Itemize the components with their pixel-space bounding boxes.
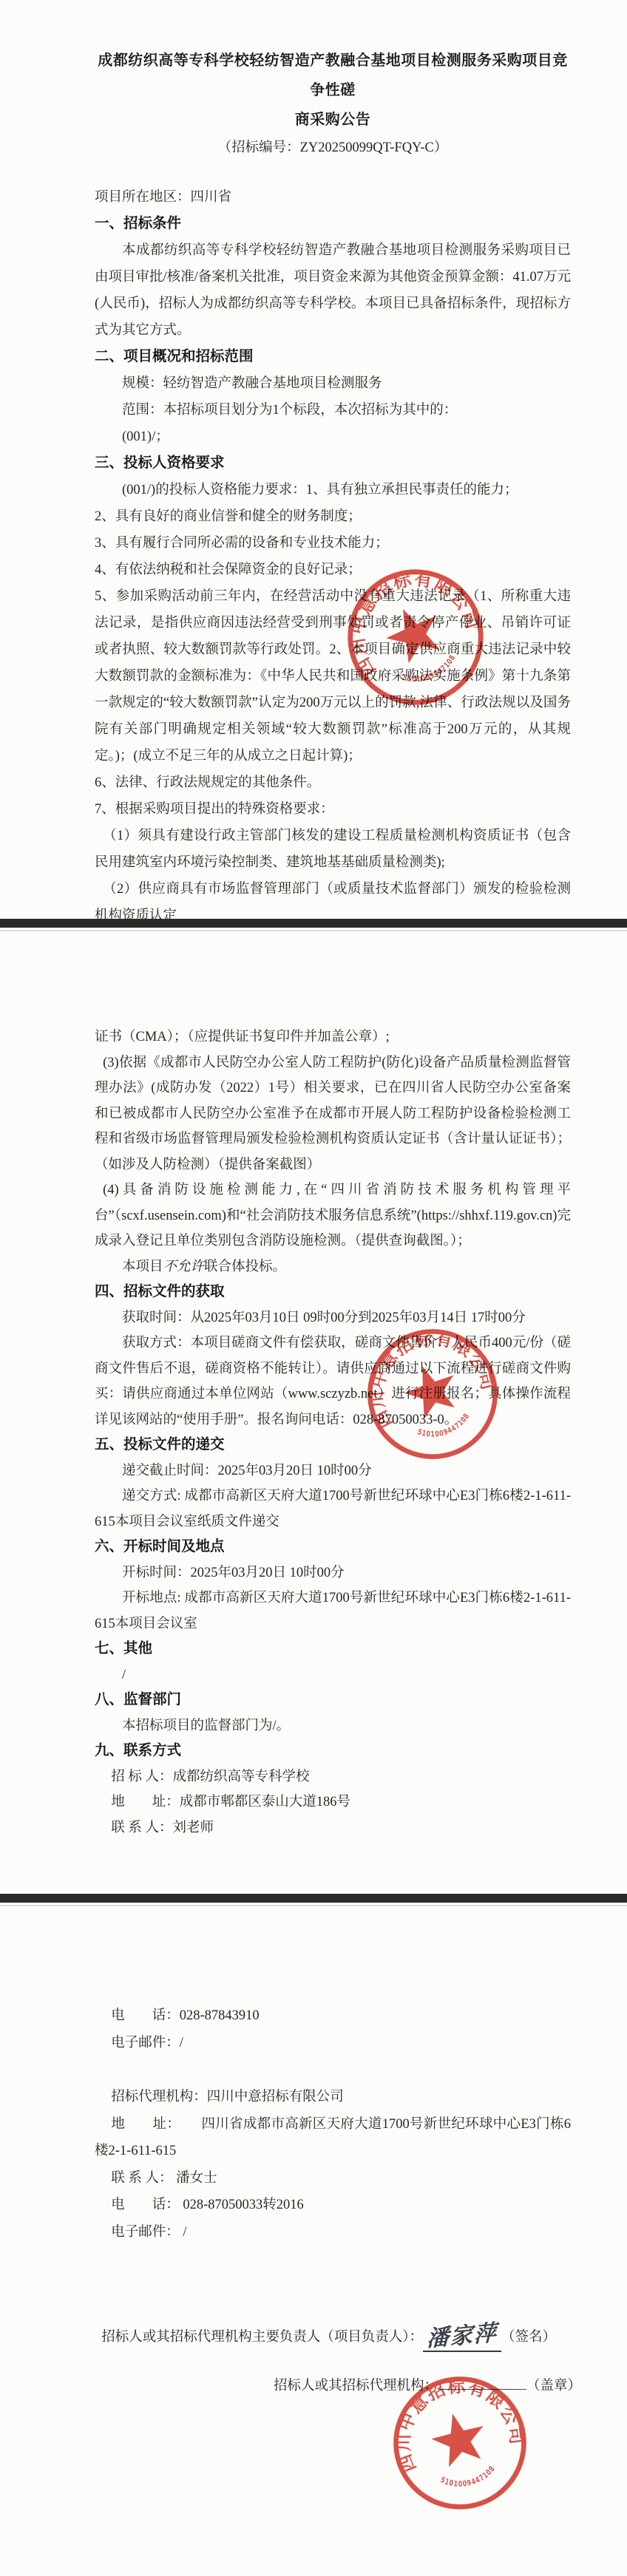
body-paragraph: 招标代理机构：四川中意招标有限公司 <box>95 2084 571 2111</box>
stamp-underline <box>438 2389 526 2390</box>
body-paragraph: 开标时间：2025年03月20日 10时00分 <box>95 1560 571 1586</box>
body-paragraph: (4)具备消防设施检测能力,在“四川省消防技术服务机构管理平台”（scxf.us… <box>95 1177 571 1254</box>
signature-underline: 潘家萍 <box>423 2325 501 2352</box>
body-paragraph: 本成都纺织高等专科学校轻纺智造产教融合基地项目检测服务采购项目已由项目审批/核准… <box>95 237 571 344</box>
body-paragraph: 项目所在地区：四川省 <box>95 184 571 211</box>
body-paragraph: (001/)的投标人资格能力要求：1、具有独立承担民事责任的能力； <box>95 477 571 503</box>
body-paragraph: 地 址： 四川省成都市高新区天府大道1700号新世纪环球中心E3门栋6楼2-1-… <box>95 2111 571 2165</box>
body-paragraph: 递交方式: 成都市高新区天府大道1700号新世纪环球中心E3门栋6楼2-1-61… <box>95 1484 571 1535</box>
body-paragraph: (3)依据《成都市人民防空办公室人防工程防护(防化)设备产品质量检测监督管理办法… <box>95 1050 571 1178</box>
body-paragraph: 联 系 人：刘老师 <box>95 1815 571 1841</box>
section-heading: 二、项目概况和招标范围 <box>95 344 571 370</box>
body-paragraph: (001)/； <box>95 424 571 450</box>
page-2: 证书（CMA）；（应提供证书复印件并加盖公章）;(3)依据《成都市人民防空办公室… <box>0 928 627 1894</box>
body-paragraph: 范围：本招标项目划分为1个标段，本次招标为其中的： <box>95 397 571 424</box>
body-paragraph: 证书（CMA）；（应提供证书复印件并加盖公章）; <box>95 1024 571 1050</box>
stamp-label: 招标人或其招标代理机构： <box>274 2379 438 2393</box>
body-paragraph: 7、根据采购项目提出的特殊资格要求： <box>95 796 571 823</box>
body-paragraph: 电子邮件： / <box>95 2219 571 2246</box>
section-heading: 六、开标时间及地点 <box>95 1535 571 1560</box>
body-paragraph: 电子邮件：/ <box>95 2030 571 2057</box>
body-paragraph: 地 址：成都市郫都区泰山大道186号 <box>95 1790 571 1815</box>
section-heading: 七、其他 <box>95 1637 571 1662</box>
emphasis-text: 不允许 <box>163 1260 205 1274</box>
doc-title-line: 成都纺织高等专科学校轻纺智造产教融合基地项目检测服务采购项目竞争性磋 <box>95 46 571 105</box>
body-paragraph: 联 系 人： 潘女士 <box>95 2165 571 2192</box>
page-3: 电 话：028-87843910电子邮件：/招标代理机构：四川中意招标有限公司地… <box>0 1906 627 2576</box>
body-paragraph: 开标地点: 成都市高新区天府大道1700号新世纪环球中心E3门栋6楼2-1-61… <box>95 1586 571 1637</box>
body-paragraph: 递交截止时间：2025年03月20日 10时00分 <box>95 1458 571 1484</box>
body-paragraph: 获取方式：本项目磋商文件有偿获取，磋商文件售价：人民币400元/份（磋商文件售后… <box>95 1331 571 1433</box>
signature-line: 招标人或其招标代理机构主要负责人（项目负责人）：潘家萍（签名） <box>95 2322 571 2352</box>
body-paragraph: 4、有依法纳税和社会保障资金的良好记录； <box>95 557 571 583</box>
body-paragraph: 规模：轻纺智造产教融合基地项目检测服务 <box>95 370 571 397</box>
plain-text: 联合体投标。 <box>204 1260 286 1274</box>
stamp-suffix: （盖章） <box>526 2379 581 2393</box>
body-paragraph: 本招标项目的监督部门为/。 <box>95 1713 571 1739</box>
section-heading: 五、投标文件的递交 <box>95 1433 571 1458</box>
tender-number: （招标编号：ZY20250099QT-FQY-C） <box>95 135 571 161</box>
section-heading: 九、联系方式 <box>95 1739 571 1764</box>
body-paragraph: 5、参加采购活动前三年内，在经营活动中没有重大违法记录（1、所称重大违法记录，是… <box>95 583 571 769</box>
signature-suffix: （签名） <box>501 2330 556 2345</box>
body-paragraph: 招 标 人：成都纺织高等专科学校 <box>95 1764 571 1790</box>
doc-title-line: 商采购公告 <box>95 105 571 135</box>
body-paragraph: 本项目不允许联合体投标。 <box>95 1254 571 1280</box>
page-1: 成都纺织高等专科学校轻纺智造产教融合基地项目检测服务采购项目竞争性磋商采购公告（… <box>0 0 627 919</box>
body-paragraph: 获取时间：从2025年03月10日 09时00分到2025年03月14日 17时… <box>95 1305 571 1331</box>
page-separator-2 <box>0 1894 627 1903</box>
section-heading: 三、投标人资格要求 <box>95 450 571 477</box>
section-heading: 四、招标文件的获取 <box>95 1279 571 1305</box>
plain-text: 本项目 <box>122 1260 163 1274</box>
section-heading: 八、监督部门 <box>95 1688 571 1713</box>
body-paragraph: 2、具有良好的商业信誉和健全的财务制度； <box>95 503 571 530</box>
page-separator-1 <box>0 919 627 928</box>
body-paragraph: / <box>95 1662 571 1688</box>
body-paragraph: 3、具有履行合同所必需的设备和专业技术能力； <box>95 530 571 557</box>
body-paragraph: 电 话： 028-87050033转2016 <box>95 2192 571 2219</box>
section-heading: 一、招标条件 <box>95 211 571 237</box>
scanned-procurement-announcement: 成都纺织高等专科学校轻纺智造产教融合基地项目检测服务采购项目竞争性磋商采购公告（… <box>0 0 627 2576</box>
body-paragraph: 6、法律、行政法规规定的其他条件。 <box>95 769 571 796</box>
stamp-line: 招标人或其招标代理机构：（盖章） <box>274 2373 571 2400</box>
body-paragraph: （1）须具有建设行政主管部门核发的建设工程质量检测机构资质证书（包含民用建筑室内… <box>95 823 571 876</box>
body-paragraph: 电 话：028-87843910 <box>95 2002 571 2030</box>
handwritten-signature: 潘家萍 <box>427 2322 498 2351</box>
signature-label: 招标人或其招标代理机构主要负责人（项目负责人）： <box>101 2330 423 2345</box>
